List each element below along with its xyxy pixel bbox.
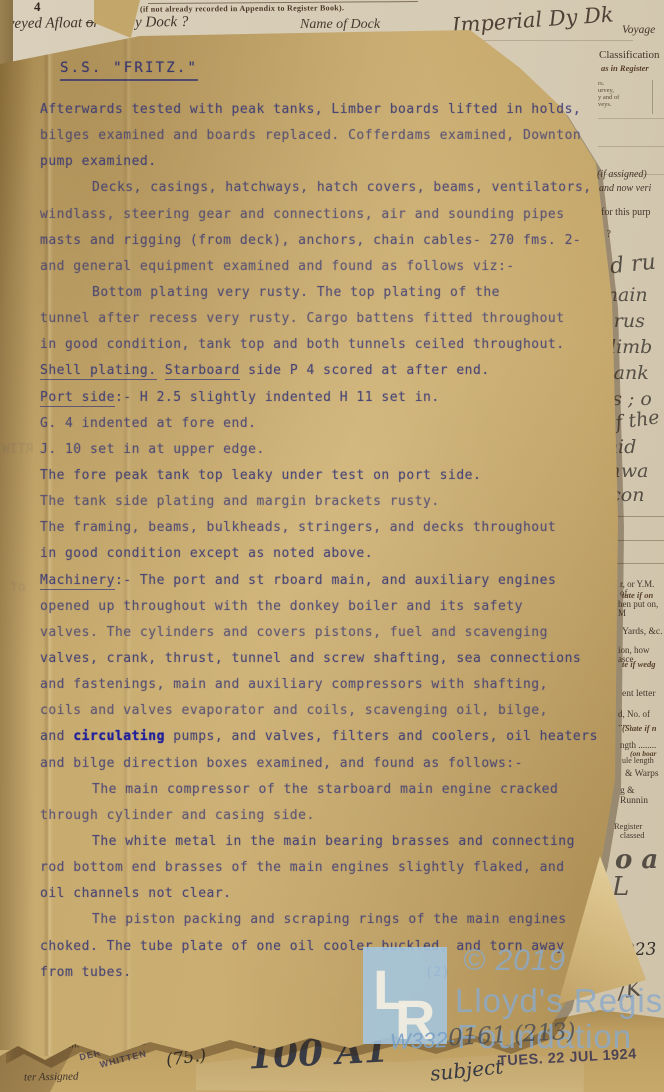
reference-number-blue: W332-	[390, 1027, 456, 1055]
form-fragment: classed	[620, 831, 645, 840]
ink-bleed-fragment: of	[10, 580, 26, 595]
form-fragment: as in Register	[601, 64, 649, 73]
typed-line: masts and rigging (from deck), anchors, …	[40, 233, 588, 259]
typed-line: bilges examined and boards replaced. Cof…	[40, 128, 588, 154]
typed-line: J. 10 set in at upper edge.	[40, 442, 588, 468]
typed-line: The piston packing and scraping rings of…	[40, 912, 588, 938]
typed-segment: and	[40, 729, 73, 744]
typed-line: G. 4 indented at fore end.	[40, 416, 588, 442]
form-fragment: and now veri	[599, 184, 651, 195]
form-fragment: for this purp	[601, 208, 650, 219]
form-fragment: rs. urvey, y and of veys.	[598, 80, 619, 108]
typed-line: The framing, beams, bulkheads, stringers…	[40, 520, 588, 546]
watermark-copyright: © 2019	[463, 944, 566, 978]
form-fragment: ule length	[622, 757, 654, 765]
form-fragment: g & Runnin	[620, 787, 664, 807]
typed-line: in good condition except as noted above.	[40, 546, 588, 572]
typed-segment: :- The port and st rboard main, and auxi…	[115, 573, 556, 588]
typed-line: valves, crank, thrust, tunnel and screw …	[40, 651, 588, 677]
left-paper-edge	[0, 0, 13, 72]
typed-segment	[157, 363, 165, 378]
form-fragment: te if wedg	[622, 660, 656, 669]
typed-line: coils and valves evaporator and coils, s…	[40, 703, 588, 729]
typed-line: and fastenings, main and auxiliary compr…	[40, 677, 588, 703]
typed-line: in good condition, tank top and both tun…	[40, 337, 588, 363]
typed-line: windlass, steering gear and connections,…	[40, 207, 588, 233]
form-fragment: Yards, &c.	[622, 628, 662, 638]
name-of-dock-value: Imperial Dy Dk	[451, 2, 614, 37]
form-fragment: Classification	[599, 50, 660, 62]
typed-text-block: Afterwards tested with peak tanks, Limbe…	[40, 102, 588, 991]
question-part1: rveyed Afloat	[2, 15, 82, 32]
typed-segment: pumps, and valves, filters and coolers, …	[165, 729, 598, 744]
typed-underlined: Port side	[40, 390, 115, 407]
typed-underlined: Machinery	[40, 573, 115, 590]
typed-line: The fore peak tank top leaky under test …	[40, 468, 588, 494]
form-fragment: & Warps	[625, 770, 659, 780]
form-table-line	[598, 118, 664, 119]
typed-line: pump examined.	[40, 154, 588, 180]
form-note: (if not already recorded in Appendix to …	[140, 4, 344, 14]
typed-line: Port side:- H 2.5 slightly indented H 11…	[40, 390, 588, 416]
watermark-name-line1: Lloyd's Register	[455, 982, 664, 1020]
typed-line: and circulating pumps, and valves, filte…	[40, 729, 588, 755]
form-fragment: (State if n	[622, 724, 656, 733]
typed-line: rod bottom end brasses of the main engin…	[40, 860, 588, 886]
typed-segment: from tubes.	[40, 965, 132, 980]
typed-line: and general equipment examined and found…	[40, 259, 588, 285]
typed-line: and bilge direction boxes examined, and …	[40, 756, 588, 782]
typed-segment: side P 4 scored at after end.	[240, 363, 490, 378]
typed-line: Machinery:- The port and st rboard main,…	[40, 573, 588, 599]
form-fragment: (if assigned)	[597, 170, 647, 181]
typed-underlined: Shell plating.	[40, 363, 157, 380]
typed-underlined: Starboard	[165, 363, 240, 380]
typed-line: The white metal in the main bearing bras…	[40, 834, 588, 860]
typed-line: Shell plating. Starboard side P 4 scored…	[40, 363, 588, 389]
form-fragment: hen put on, M	[618, 600, 664, 619]
page-left-edge-shade	[0, 40, 34, 1050]
typed-line: Decks, casings, hatchways, hatch covers,…	[40, 180, 588, 206]
form-table-vline	[652, 80, 653, 114]
ship-name-title: S.S. "FRITZ."	[60, 60, 198, 81]
typed-segment: :- H 2.5 slightly indented H 11 set in.	[115, 390, 440, 405]
typed-line: valves. The cylinders and covers pistons…	[40, 625, 588, 651]
character-assigned-label: ter Assigned	[24, 1072, 79, 1084]
form-fragment: ent letter	[622, 690, 656, 700]
typed-line: The tank side plating and margin bracket…	[40, 494, 588, 520]
typed-line: Afterwards tested with peak tanks, Limbe…	[40, 102, 588, 128]
voyage-label: Voyage	[622, 24, 655, 36]
typed-line: through cylinder and casing side.	[40, 808, 588, 834]
typed-line: The main compressor of the starboard mai…	[40, 782, 588, 808]
typed-inserted-word: circulating	[73, 729, 165, 744]
name-of-dock-label: Name of Dock	[300, 18, 380, 33]
paper-scrap	[94, 0, 140, 38]
scanned-document: (if not already recorded in Appendix to …	[0, 0, 664, 1092]
typed-line: tunnel after recess very rusty. Cargo ba…	[40, 311, 588, 337]
typed-line: Bottom plating very rusty. The top plati…	[40, 285, 588, 311]
corner-mark: 4	[34, 0, 41, 14]
handwritten-fragment: d ru	[609, 250, 657, 280]
typed-line: opened up throughout with the donkey boi…	[40, 599, 588, 625]
ink-bleed-fragment: RTIW	[2, 442, 33, 457]
form-table-line	[598, 146, 664, 147]
handwritten-fragment: o a	[615, 845, 658, 875]
typed-line: oil channels not clear.	[40, 886, 588, 912]
